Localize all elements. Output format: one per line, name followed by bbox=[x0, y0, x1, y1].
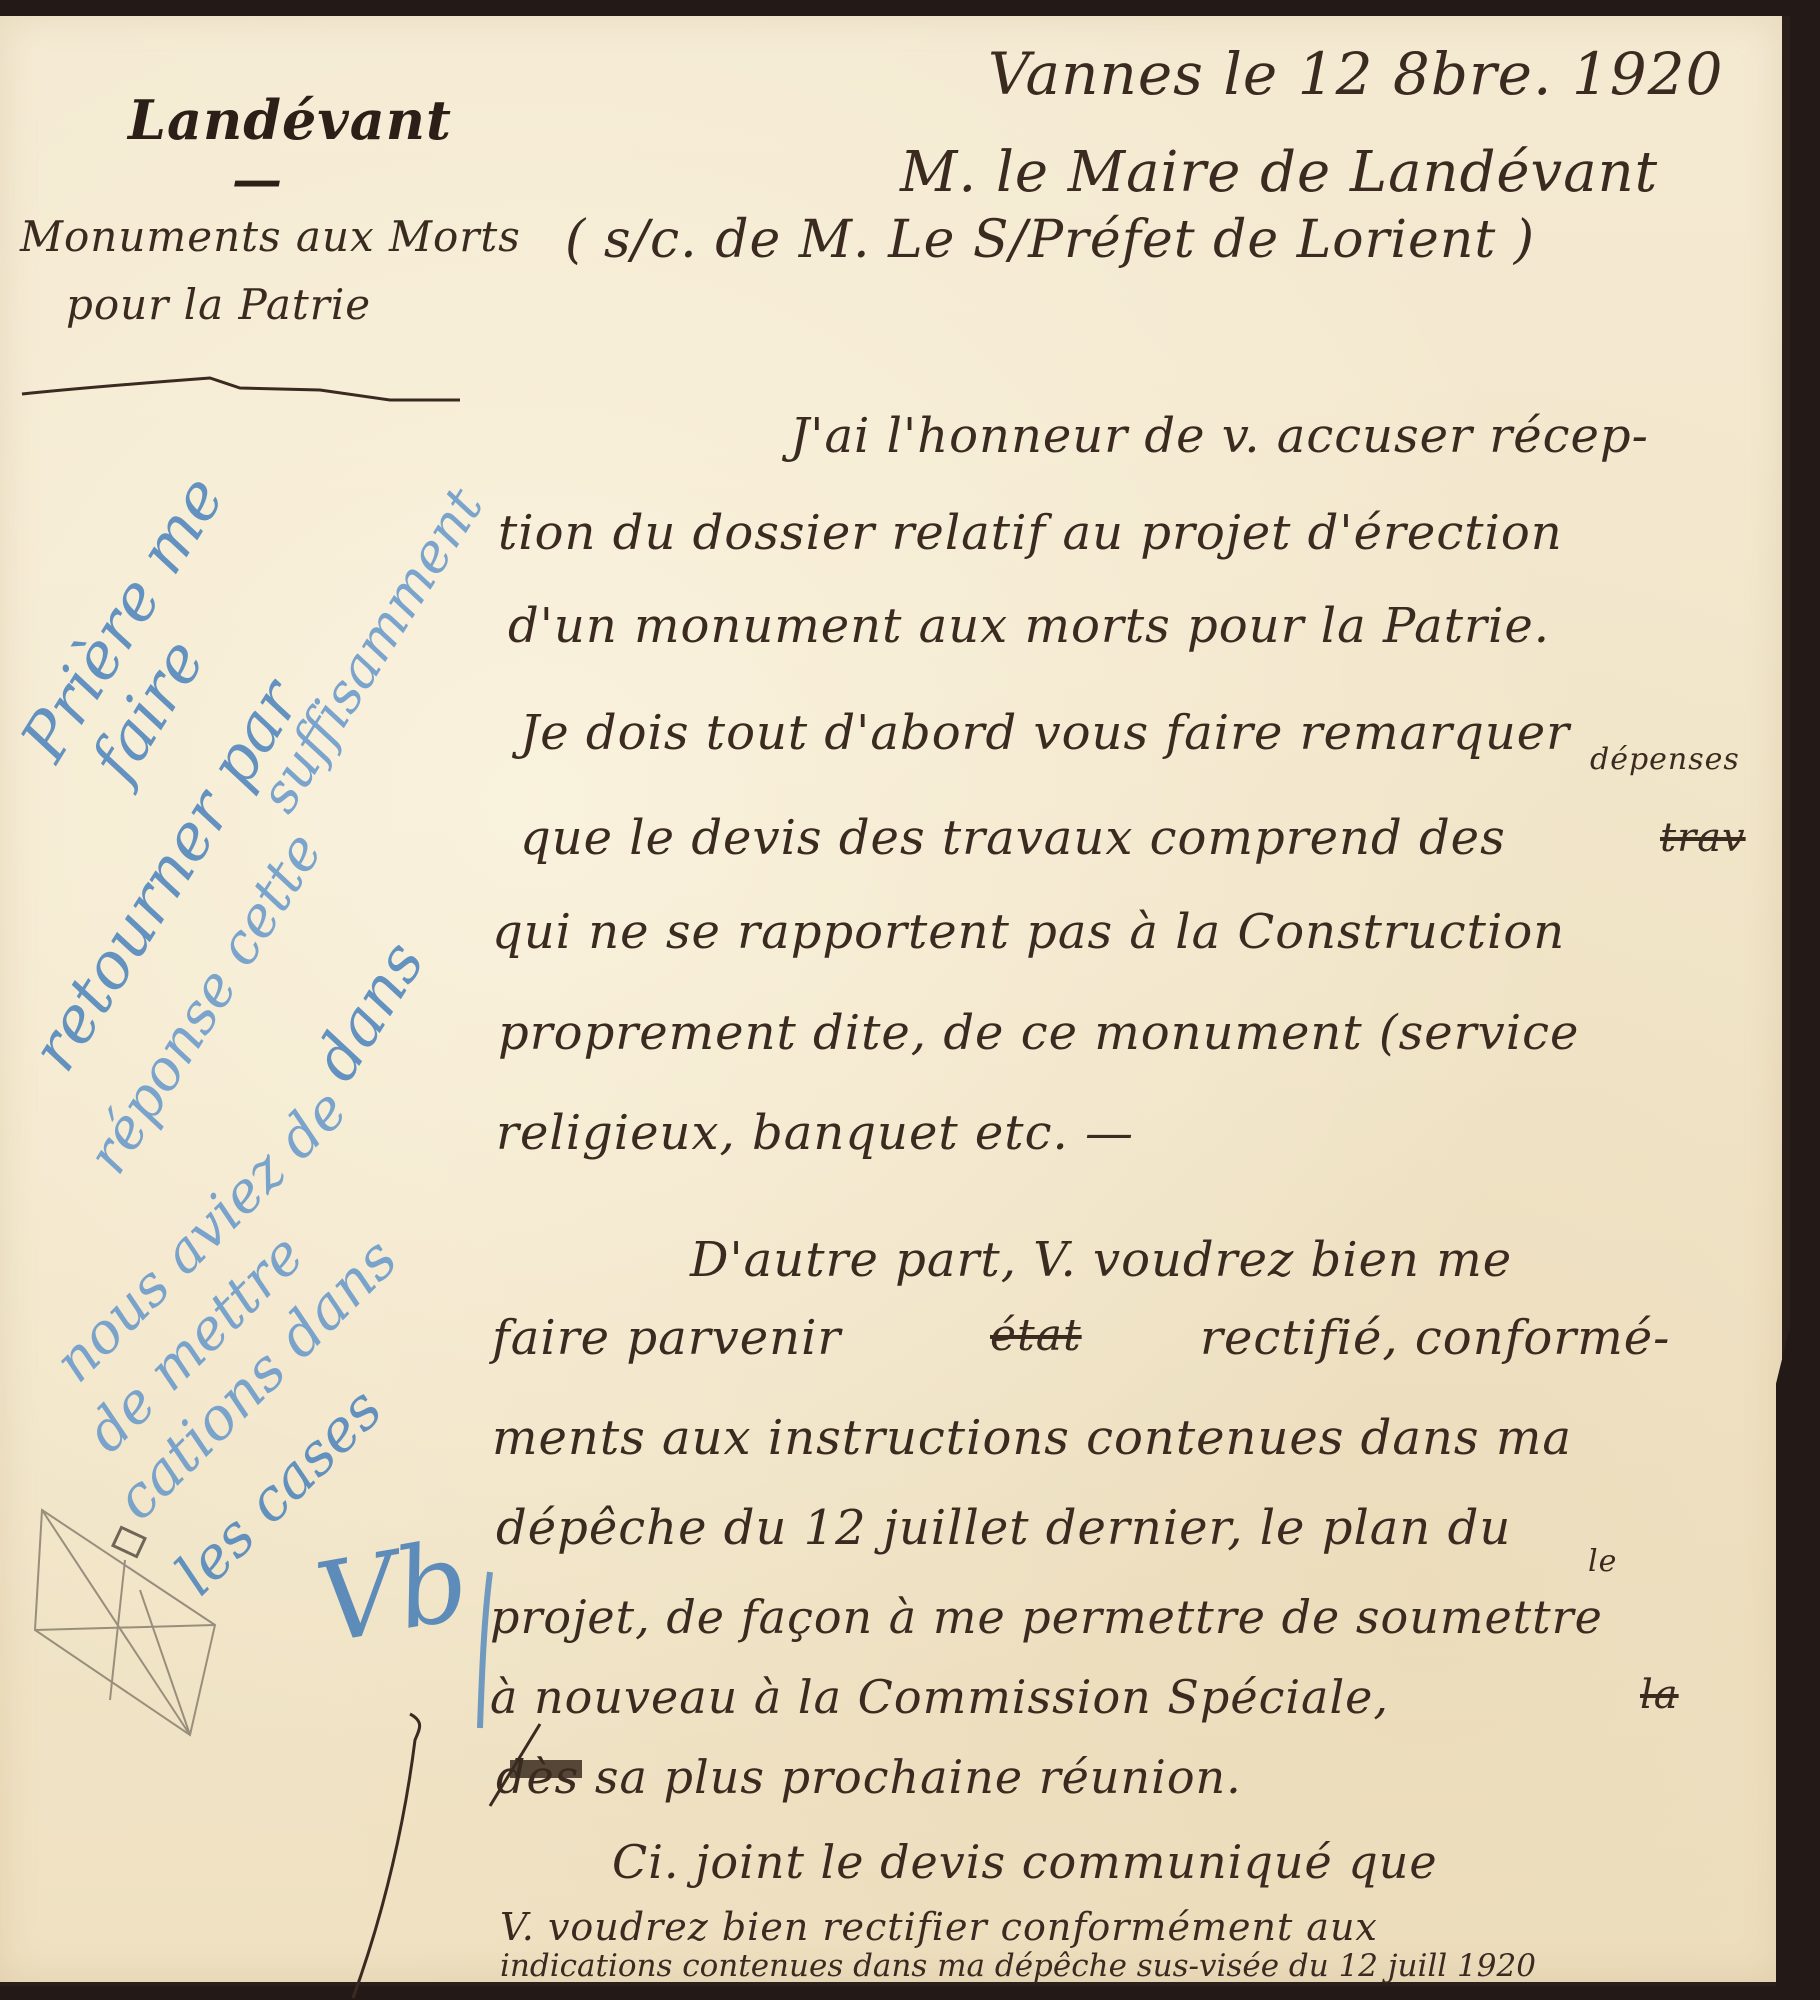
ink-bracket-line bbox=[345, 1710, 425, 2000]
pencil-sketch-envelope-icon bbox=[30, 1500, 230, 1740]
torn-edge-notch bbox=[1776, 1330, 1820, 2000]
body-line-2: tion du dossier relatif au projet d'érec… bbox=[498, 505, 1563, 561]
struck-word-travaux: trav bbox=[1660, 815, 1746, 861]
margin-dash: — bbox=[232, 150, 283, 209]
body-line-12: dépêche du 12 juillet dernier, le plan d… bbox=[496, 1500, 1511, 1556]
scan-border-bottom bbox=[0, 1986, 1820, 2000]
recipient: M. le Maire de Landévant bbox=[900, 140, 1658, 205]
enclosure-line-1: Ci. joint le devis communiqué que bbox=[612, 1835, 1438, 1889]
struck-word-la: la bbox=[1640, 1672, 1679, 1718]
insertion-le: le bbox=[1588, 1544, 1617, 1579]
body-line-4: Je dois tout d'abord vous faire remarque… bbox=[520, 705, 1570, 761]
insertion-depenses: dépenses bbox=[1590, 742, 1740, 777]
margin-place-title: Landévant bbox=[128, 88, 452, 152]
body-line-5: que le devis des travaux comprend des bbox=[520, 810, 1506, 866]
body-line-3: d'un monument aux morts pour la Patrie. bbox=[508, 598, 1550, 654]
body-line-10b: rectifié, conformé- bbox=[1200, 1310, 1670, 1366]
body-line-11: ments aux instructions contenues dans ma bbox=[492, 1410, 1572, 1466]
blue-initials: Vb bbox=[308, 1516, 478, 1668]
struck-mark bbox=[480, 1720, 590, 1810]
margin-subject-line-2: pour la Patrie bbox=[66, 280, 371, 329]
margin-divider-line bbox=[20, 370, 460, 410]
blue-bracket-stroke bbox=[470, 1570, 500, 1730]
struck-word-etat: état bbox=[990, 1310, 1082, 1361]
body-line-14: à nouveau à la Commission Spéciale, bbox=[490, 1670, 1389, 1724]
body-line-10: faire parvenir bbox=[492, 1310, 841, 1366]
enclosure-line-3: indications contenues dans ma dépêche su… bbox=[500, 1948, 1536, 1984]
body-line-7: proprement dite, de ce monument (service bbox=[498, 1005, 1579, 1061]
body-line-1: J'ai l'honneur de v. accuser récep- bbox=[790, 408, 1649, 464]
via-subprefect: ( s/c. de M. Le S/Préfet de Lorient ) bbox=[565, 210, 1535, 270]
body-line-9: D'autre part, V. voudrez bien me bbox=[690, 1232, 1512, 1288]
enclosure-line-2: V. voudrez bien rectifier conformément a… bbox=[500, 1905, 1378, 1949]
body-line-13: projet, de façon à me permettre de soume… bbox=[490, 1590, 1603, 1644]
body-line-8: religieux, banquet etc. — bbox=[496, 1105, 1134, 1161]
scan-border-top bbox=[0, 0, 1820, 16]
body-line-6: qui ne se rapportent pas à la Constructi… bbox=[492, 904, 1565, 960]
margin-subject-line-1: Monuments aux Morts bbox=[20, 212, 521, 261]
place-date: Vannes le 12 8bre. 1920 bbox=[988, 40, 1723, 108]
body-line-15: dès sa plus prochaine réunion. bbox=[496, 1750, 1242, 1804]
